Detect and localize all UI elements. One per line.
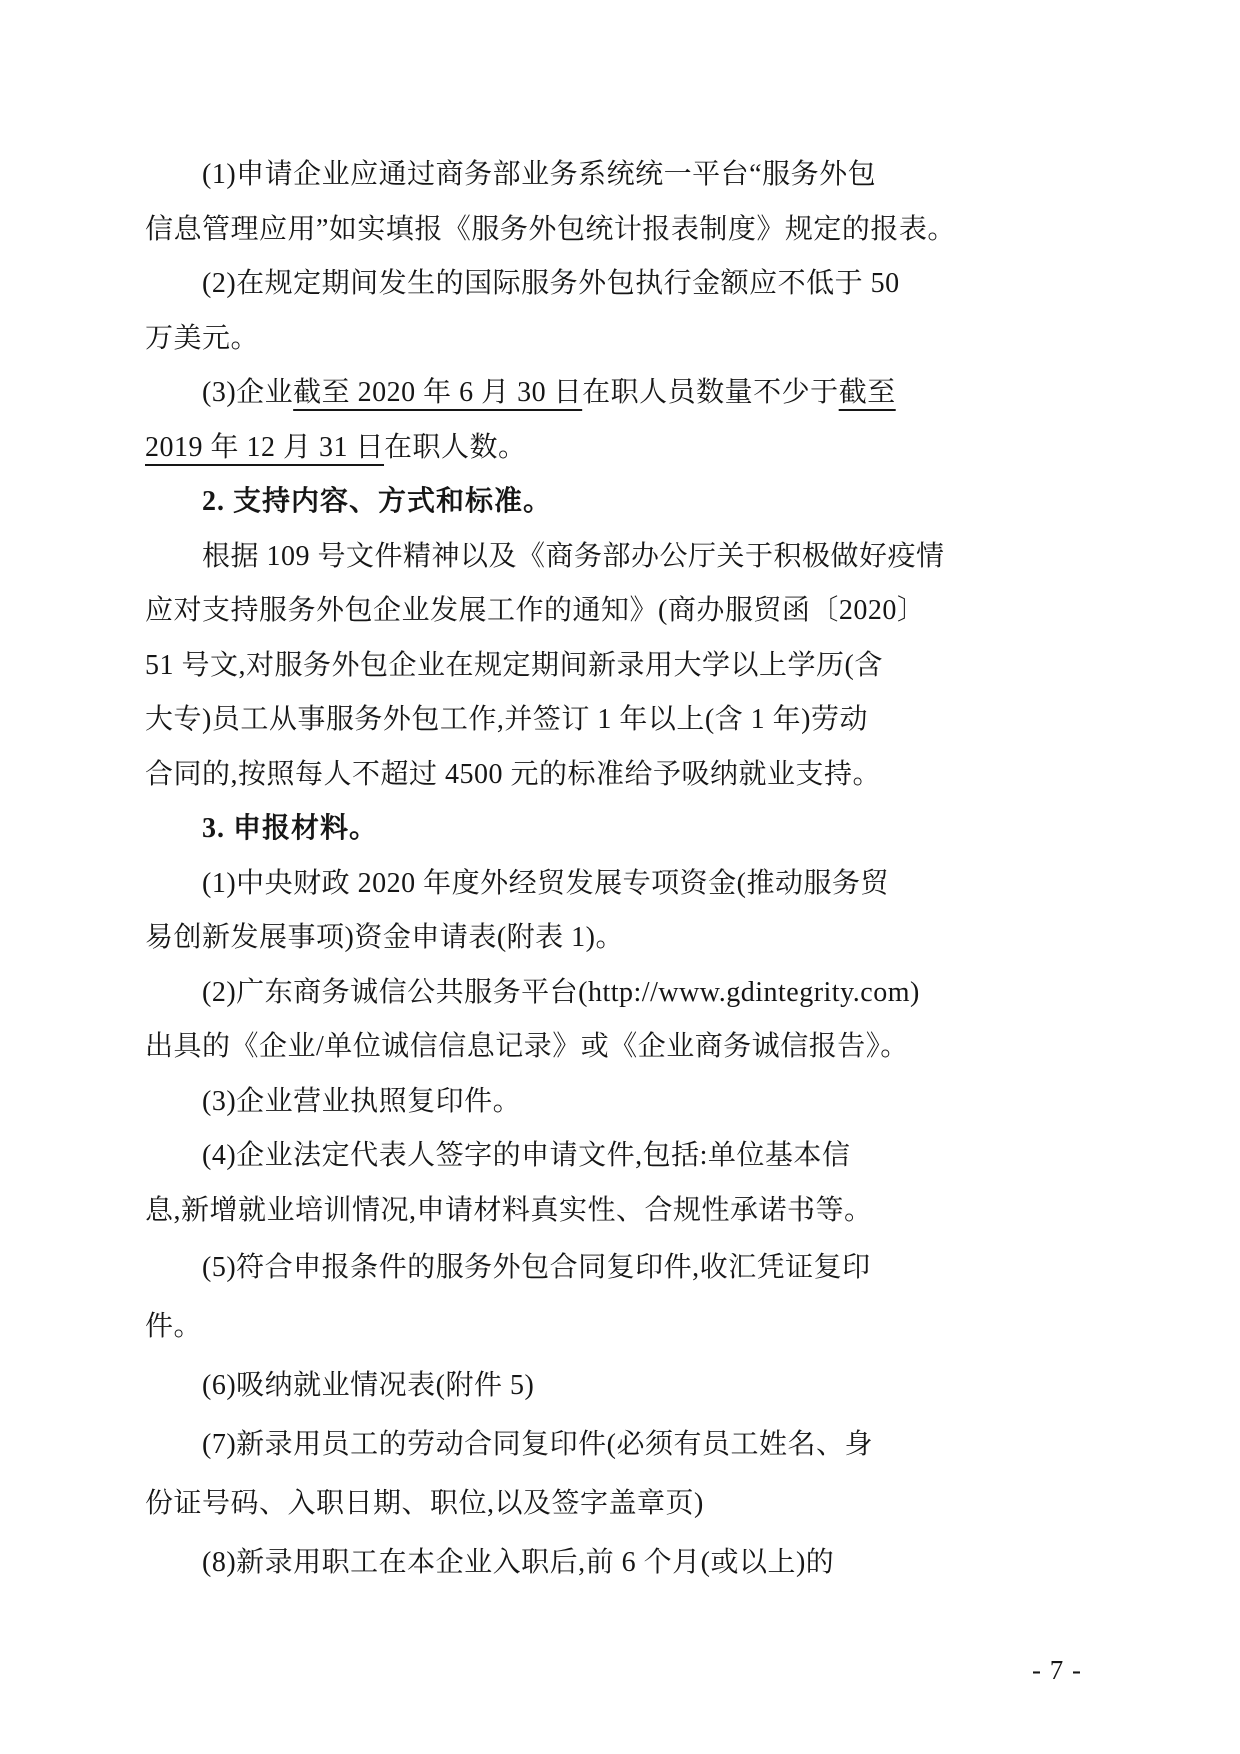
- heading-text: 3. 申报材料。: [202, 813, 378, 844]
- text-line: 出具的《企业/单位诚信信息记录》或《企业商务诚信报告》。: [145, 1020, 973, 1075]
- text-line: (2)在规定期间发生的国际服务外包执行金额应不低于 50: [145, 257, 973, 312]
- text-line: (2)广东商务诚信公共服务平台(http://www.gdintegrity.c…: [145, 966, 973, 1021]
- body-section-lower: (5)符合申报条件的服务外包合同复印件,收汇凭证复印 件。 (6)吸纳就业情况表…: [145, 1238, 973, 1592]
- section-heading-support: 2. 支持内容、方式和标准。: [145, 475, 973, 530]
- section-heading-materials: 3. 申报材料。: [145, 802, 973, 857]
- underlined-date-run: 截至 2020 年 6 月 30 日: [293, 377, 582, 408]
- body-section-upper: (1)申请企业应通过商务部业务系统统一平台“服务外包 信息管理应用”如实填报《服…: [145, 148, 973, 1238]
- text-line: (5)符合申报条件的服务外包合同复印件,收汇凭证复印: [145, 1238, 973, 1297]
- text-line: 万美元。: [145, 312, 973, 367]
- text-run: (4)企业法定代表人签字的申请文件,包括:单位基本信: [202, 1140, 850, 1171]
- text-run: 在职人员数量不少于: [582, 377, 839, 408]
- text-run: (2)广东商务诚信公共服务平台(http://www.gdintegrity.c…: [202, 977, 920, 1008]
- text-run: (3)企业: [202, 377, 293, 408]
- text-line: 息,新增就业培训情况,申请材料真实性、合规性承诺书等。: [145, 1184, 973, 1239]
- text-run: 合同的,按照每人不超过 4500 元的标准给予吸纳就业支持。: [145, 759, 881, 790]
- text-run: (1)申请企业应通过商务部业务系统统一平台“服务外包: [202, 159, 876, 190]
- text-line: (1)申请企业应通过商务部业务系统统一平台“服务外包: [145, 148, 973, 203]
- text-run: 大专)员工从事服务外包工作,并签订 1 年以上(含 1 年)劳动: [145, 704, 868, 735]
- text-run: (5)符合申报条件的服务外包合同复印件,收汇凭证复印: [202, 1252, 871, 1283]
- text-line: 易创新发展事项)资金申请表(附表 1)。: [145, 911, 973, 966]
- text-line: 件。: [145, 1297, 973, 1356]
- text-line: 信息管理应用”如实填报《服务外包统计报表制度》规定的报表。: [145, 203, 973, 258]
- text-run: 息,新增就业培训情况,申请材料真实性、合规性承诺书等。: [145, 1195, 873, 1226]
- text-run: (6)吸纳就业情况表(附件 5): [202, 1370, 534, 1401]
- underlined-date-run: 2019 年 12 月 31 日: [145, 432, 384, 463]
- text-run: (2)在规定期间发生的国际服务外包执行金额应不低于 50: [202, 268, 900, 299]
- text-line: 2019 年 12 月 31 日在职人数。: [145, 421, 973, 476]
- text-run: 出具的《企业/单位诚信信息记录》或《企业商务诚信报告》。: [145, 1031, 909, 1062]
- text-run: (3)企业营业执照复印件。: [202, 1086, 521, 1117]
- text-line: (4)企业法定代表人签字的申请文件,包括:单位基本信: [145, 1129, 973, 1184]
- text-line: 合同的,按照每人不超过 4500 元的标准给予吸纳就业支持。: [145, 748, 973, 803]
- text-line: 份证号码、入职日期、职位,以及签字盖章页): [145, 1474, 973, 1533]
- text-run: 万美元。: [145, 323, 259, 354]
- text-run: (1)中央财政 2020 年度外经贸发展专项资金(推动服务贸: [202, 868, 889, 899]
- text-run: 信息管理应用”如实填报《服务外包统计报表制度》规定的报表。: [145, 214, 956, 245]
- heading-text: 2. 支持内容、方式和标准。: [202, 486, 552, 517]
- text-line: 大专)员工从事服务外包工作,并签订 1 年以上(含 1 年)劳动: [145, 693, 973, 748]
- text-line: (7)新录用员工的劳动合同复印件(必须有员工姓名、身: [145, 1415, 973, 1474]
- text-run: 份证号码、入职日期、职位,以及签字盖章页): [145, 1488, 704, 1519]
- text-line: (6)吸纳就业情况表(附件 5): [145, 1356, 973, 1415]
- text-line: (1)中央财政 2020 年度外经贸发展专项资金(推动服务贸: [145, 857, 973, 912]
- text-line: 51 号文,对服务外包企业在规定期间新录用大学以上学历(含: [145, 639, 973, 694]
- text-line: (3)企业截至 2020 年 6 月 30 日在职人员数量不少于截至: [145, 366, 973, 421]
- text-run: 在职人数。: [384, 432, 527, 463]
- text-line: 根据 109 号文件精神以及《商务部办公厅关于积极做好疫情: [145, 530, 973, 585]
- underlined-date-run: 截至: [839, 377, 896, 408]
- text-run: 件。: [145, 1311, 202, 1342]
- text-run: (8)新录用职工在本企业入职后,前 6 个月(或以上)的: [202, 1547, 834, 1578]
- document-body: (1)申请企业应通过商务部业务系统统一平台“服务外包 信息管理应用”如实填报《服…: [145, 148, 973, 1592]
- text-run: (7)新录用员工的劳动合同复印件(必须有员工姓名、身: [202, 1429, 873, 1460]
- document-page: (1)申请企业应通过商务部业务系统统一平台“服务外包 信息管理应用”如实填报《服…: [0, 0, 1240, 1754]
- text-line: (8)新录用职工在本企业入职后,前 6 个月(或以上)的: [145, 1533, 973, 1592]
- text-run: 根据 109 号文件精神以及《商务部办公厅关于积极做好疫情: [202, 541, 945, 572]
- text-run: 易创新发展事项)资金申请表(附表 1)。: [145, 922, 624, 953]
- page-number: - 7 -: [1032, 1655, 1082, 1686]
- text-run: 应对支持服务外包企业发展工作的通知》(商办服贸函〔2020〕: [145, 595, 925, 626]
- text-run: 51 号文,对服务外包企业在规定期间新录用大学以上学历(含: [145, 650, 883, 681]
- text-line: 应对支持服务外包企业发展工作的通知》(商办服贸函〔2020〕: [145, 584, 973, 639]
- text-line: (3)企业营业执照复印件。: [145, 1075, 973, 1130]
